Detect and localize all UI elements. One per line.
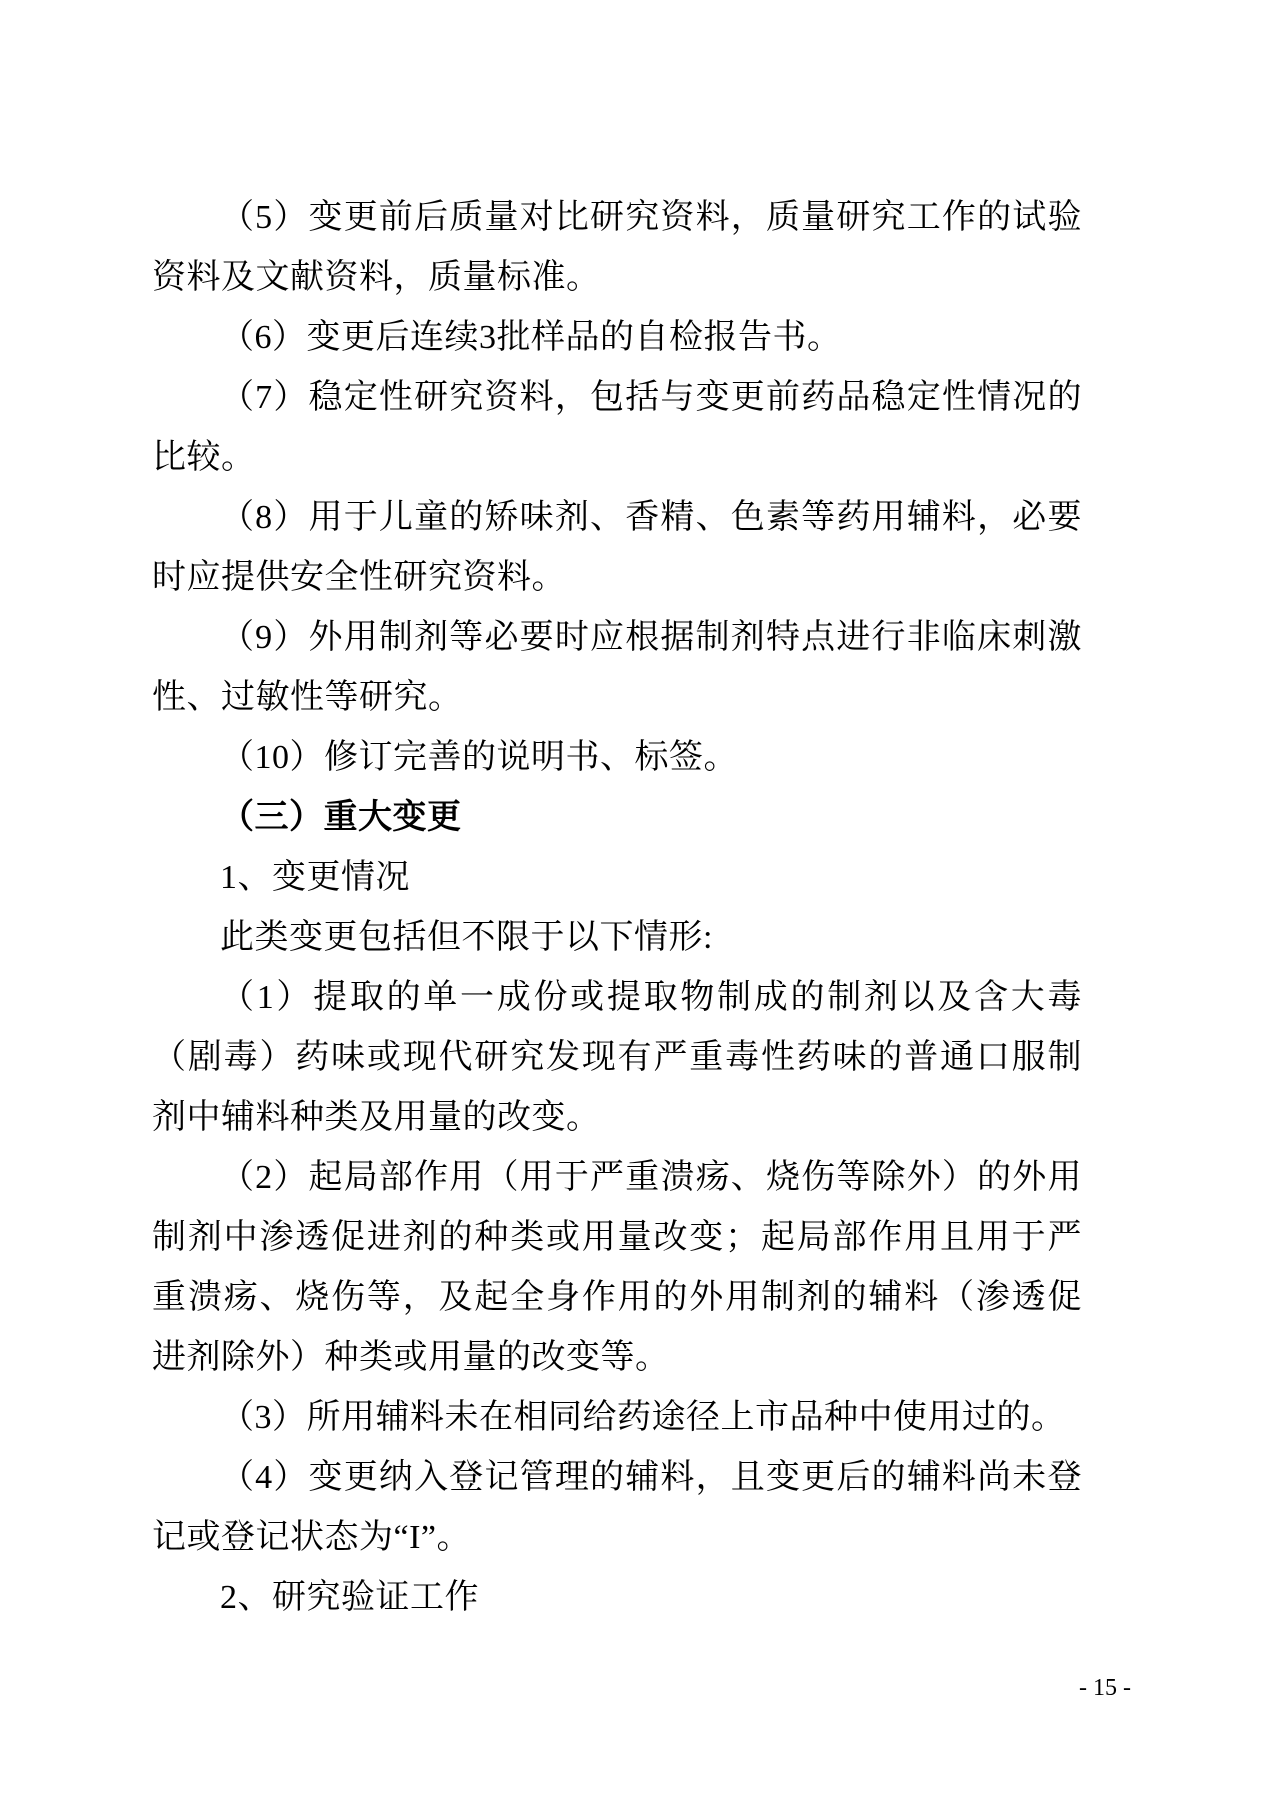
paragraph-item-3: （3）所用辅料未在相同给药途径上市品种中使用过的。	[152, 1388, 1082, 1448]
document-body: （5）变更前后质量对比研究资料，质量研究工作的试验资料及文献资料，质量标准。 （…	[152, 188, 1082, 1628]
section-heading-major-change: （三）重大变更	[152, 788, 1082, 848]
subsection-1-change-situation: 1、变更情况	[152, 848, 1082, 908]
paragraph-intro-scenarios: 此类变更包括但不限于以下情形:	[152, 908, 1082, 968]
paragraph-item-6: （6）变更后连续3批样品的自检报告书。	[152, 308, 1082, 368]
paragraph-item-9: （9）外用制剂等必要时应根据制剂特点进行非临床刺激性、过敏性等研究。	[152, 608, 1082, 728]
paragraph-item-1: （1）提取的单一成份或提取物制成的制剂以及含大毒（剧毒）药味或现代研究发现有严重…	[152, 968, 1082, 1148]
paragraph-item-8: （8）用于儿童的矫味剂、香精、色素等药用辅料，必要时应提供安全性研究资料。	[152, 488, 1082, 608]
paragraph-item-5: （5）变更前后质量对比研究资料，质量研究工作的试验资料及文献资料，质量标准。	[152, 188, 1082, 308]
paragraph-item-4: （4）变更纳入登记管理的辅料，且变更后的辅料尚未登记或登记状态为“I”。	[152, 1448, 1082, 1568]
paragraph-item-7: （7）稳定性研究资料，包括与变更前药品稳定性情况的比较。	[152, 368, 1082, 488]
paragraph-item-10: （10）修订完善的说明书、标签。	[152, 728, 1082, 788]
document-page: （5）变更前后质量对比研究资料，质量研究工作的试验资料及文献资料，质量标准。 （…	[0, 0, 1280, 1810]
subsection-2-research-verification: 2、研究验证工作	[152, 1568, 1082, 1628]
page-number: - 15 -	[1060, 1672, 1150, 1704]
paragraph-item-2: （2）起局部作用（用于严重溃疡、烧伤等除外）的外用制剂中渗透促进剂的种类或用量改…	[152, 1148, 1082, 1388]
